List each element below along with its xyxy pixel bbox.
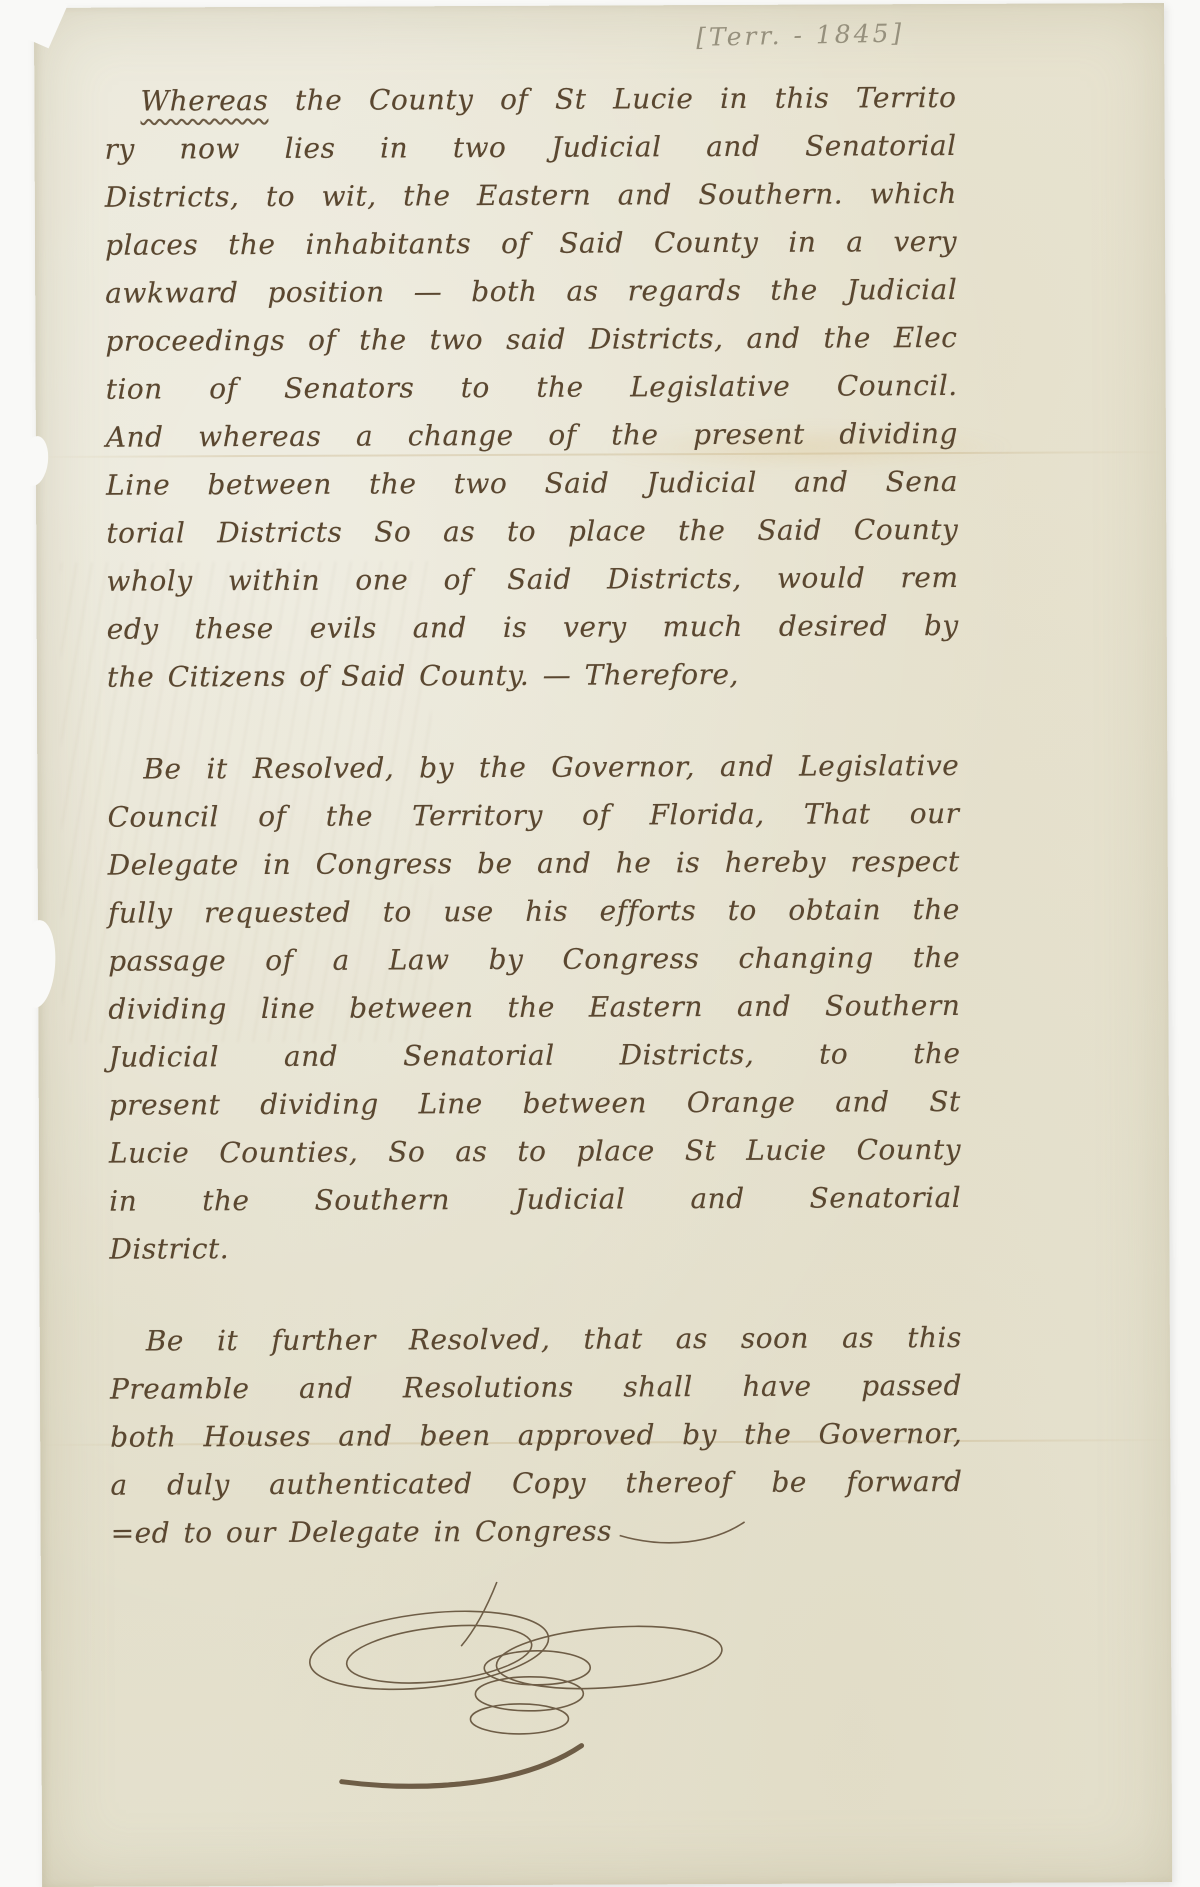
manuscript-line: Districts, to wit, the Eastern and South…	[105, 170, 957, 222]
manuscript-line: awkward position — both as regards the J…	[105, 266, 957, 318]
manuscript-line: Line between the two Said Judicial and S…	[106, 458, 958, 510]
torn-edge-notch	[19, 435, 51, 488]
manuscript-line: District.	[109, 1222, 961, 1274]
manuscript-line: And whereas a change of the present divi…	[106, 410, 958, 462]
manuscript-line: dividing line between the Eastern and So…	[108, 982, 960, 1034]
manuscript-line: Be it Resolved, by the Governor, and Leg…	[107, 742, 959, 794]
manuscript-line: proceedings of the two said Districts, a…	[105, 314, 957, 366]
paragraph-1: Whereas the County of St Lucie in this T…	[104, 74, 959, 702]
manuscript-line: in the Southern Judicial and Senatorial	[109, 1174, 961, 1226]
underlined-word: Whereas	[140, 84, 268, 118]
manuscript-line: Preamble and Resolutions shall have pass…	[110, 1362, 962, 1414]
torn-edge-notch	[16, 919, 58, 1009]
manuscript-line: =ed to our Delegate in Congress	[111, 1506, 963, 1558]
paragraph-3: Be it further Resolved, that as soon as …	[110, 1314, 963, 1558]
manuscript-paper: [Terr. - 1845] Whereas the County of St …	[34, 3, 1172, 1887]
manuscript-line: tion of Senators to the Legislative Coun…	[106, 362, 958, 414]
manuscript-line: Judicial and Senatorial Districts, to th…	[108, 1030, 960, 1082]
manuscript-line: places the inhabitants of Said County in…	[105, 218, 957, 270]
manuscript-line: Delegate in Congress be and he is hereby…	[108, 838, 960, 890]
paragraph-2: Be it Resolved, by the Governor, and Leg…	[107, 742, 961, 1274]
manuscript-line: fully requested to use his efforts to ob…	[108, 886, 960, 938]
manuscript-line: Lucie Counties, So as to place St Lucie …	[109, 1126, 961, 1178]
manuscript-line: the Citizens of Said County. — Therefore…	[107, 650, 959, 702]
manuscript-line: a duly authenticated Copy thereof be for…	[110, 1458, 962, 1510]
document-text: Whereas the County of St Lucie in this T…	[104, 74, 964, 1820]
manuscript-line: edy these evils and is very much desired…	[107, 602, 959, 654]
manuscript-line: present dividing Line between Orange and…	[109, 1078, 961, 1130]
manuscript-line: Be it further Resolved, that as soon as …	[110, 1314, 962, 1366]
congress-swash	[618, 1518, 748, 1547]
scan-background: [Terr. - 1845] Whereas the County of St …	[0, 0, 1200, 1887]
torn-corner	[10, 0, 68, 48]
pencil-annotation: [Terr. - 1845]	[696, 18, 905, 52]
manuscript-line: wholy within one of Said Districts, woul…	[106, 554, 958, 606]
manuscript-line: torial Districts So as to place the Said…	[106, 506, 958, 558]
manuscript-line: Whereas the County of St Lucie in this T…	[104, 74, 956, 126]
pen-flourish	[279, 1577, 750, 1804]
manuscript-line: both Houses and been approved by the Gov…	[110, 1410, 962, 1462]
manuscript-line: Council of the Territory of Florida, Tha…	[107, 790, 959, 842]
manuscript-line: ry now lies in two Judicial and Senatori…	[105, 122, 957, 174]
manuscript-line: passage of a Law by Congress changing th…	[108, 934, 960, 986]
